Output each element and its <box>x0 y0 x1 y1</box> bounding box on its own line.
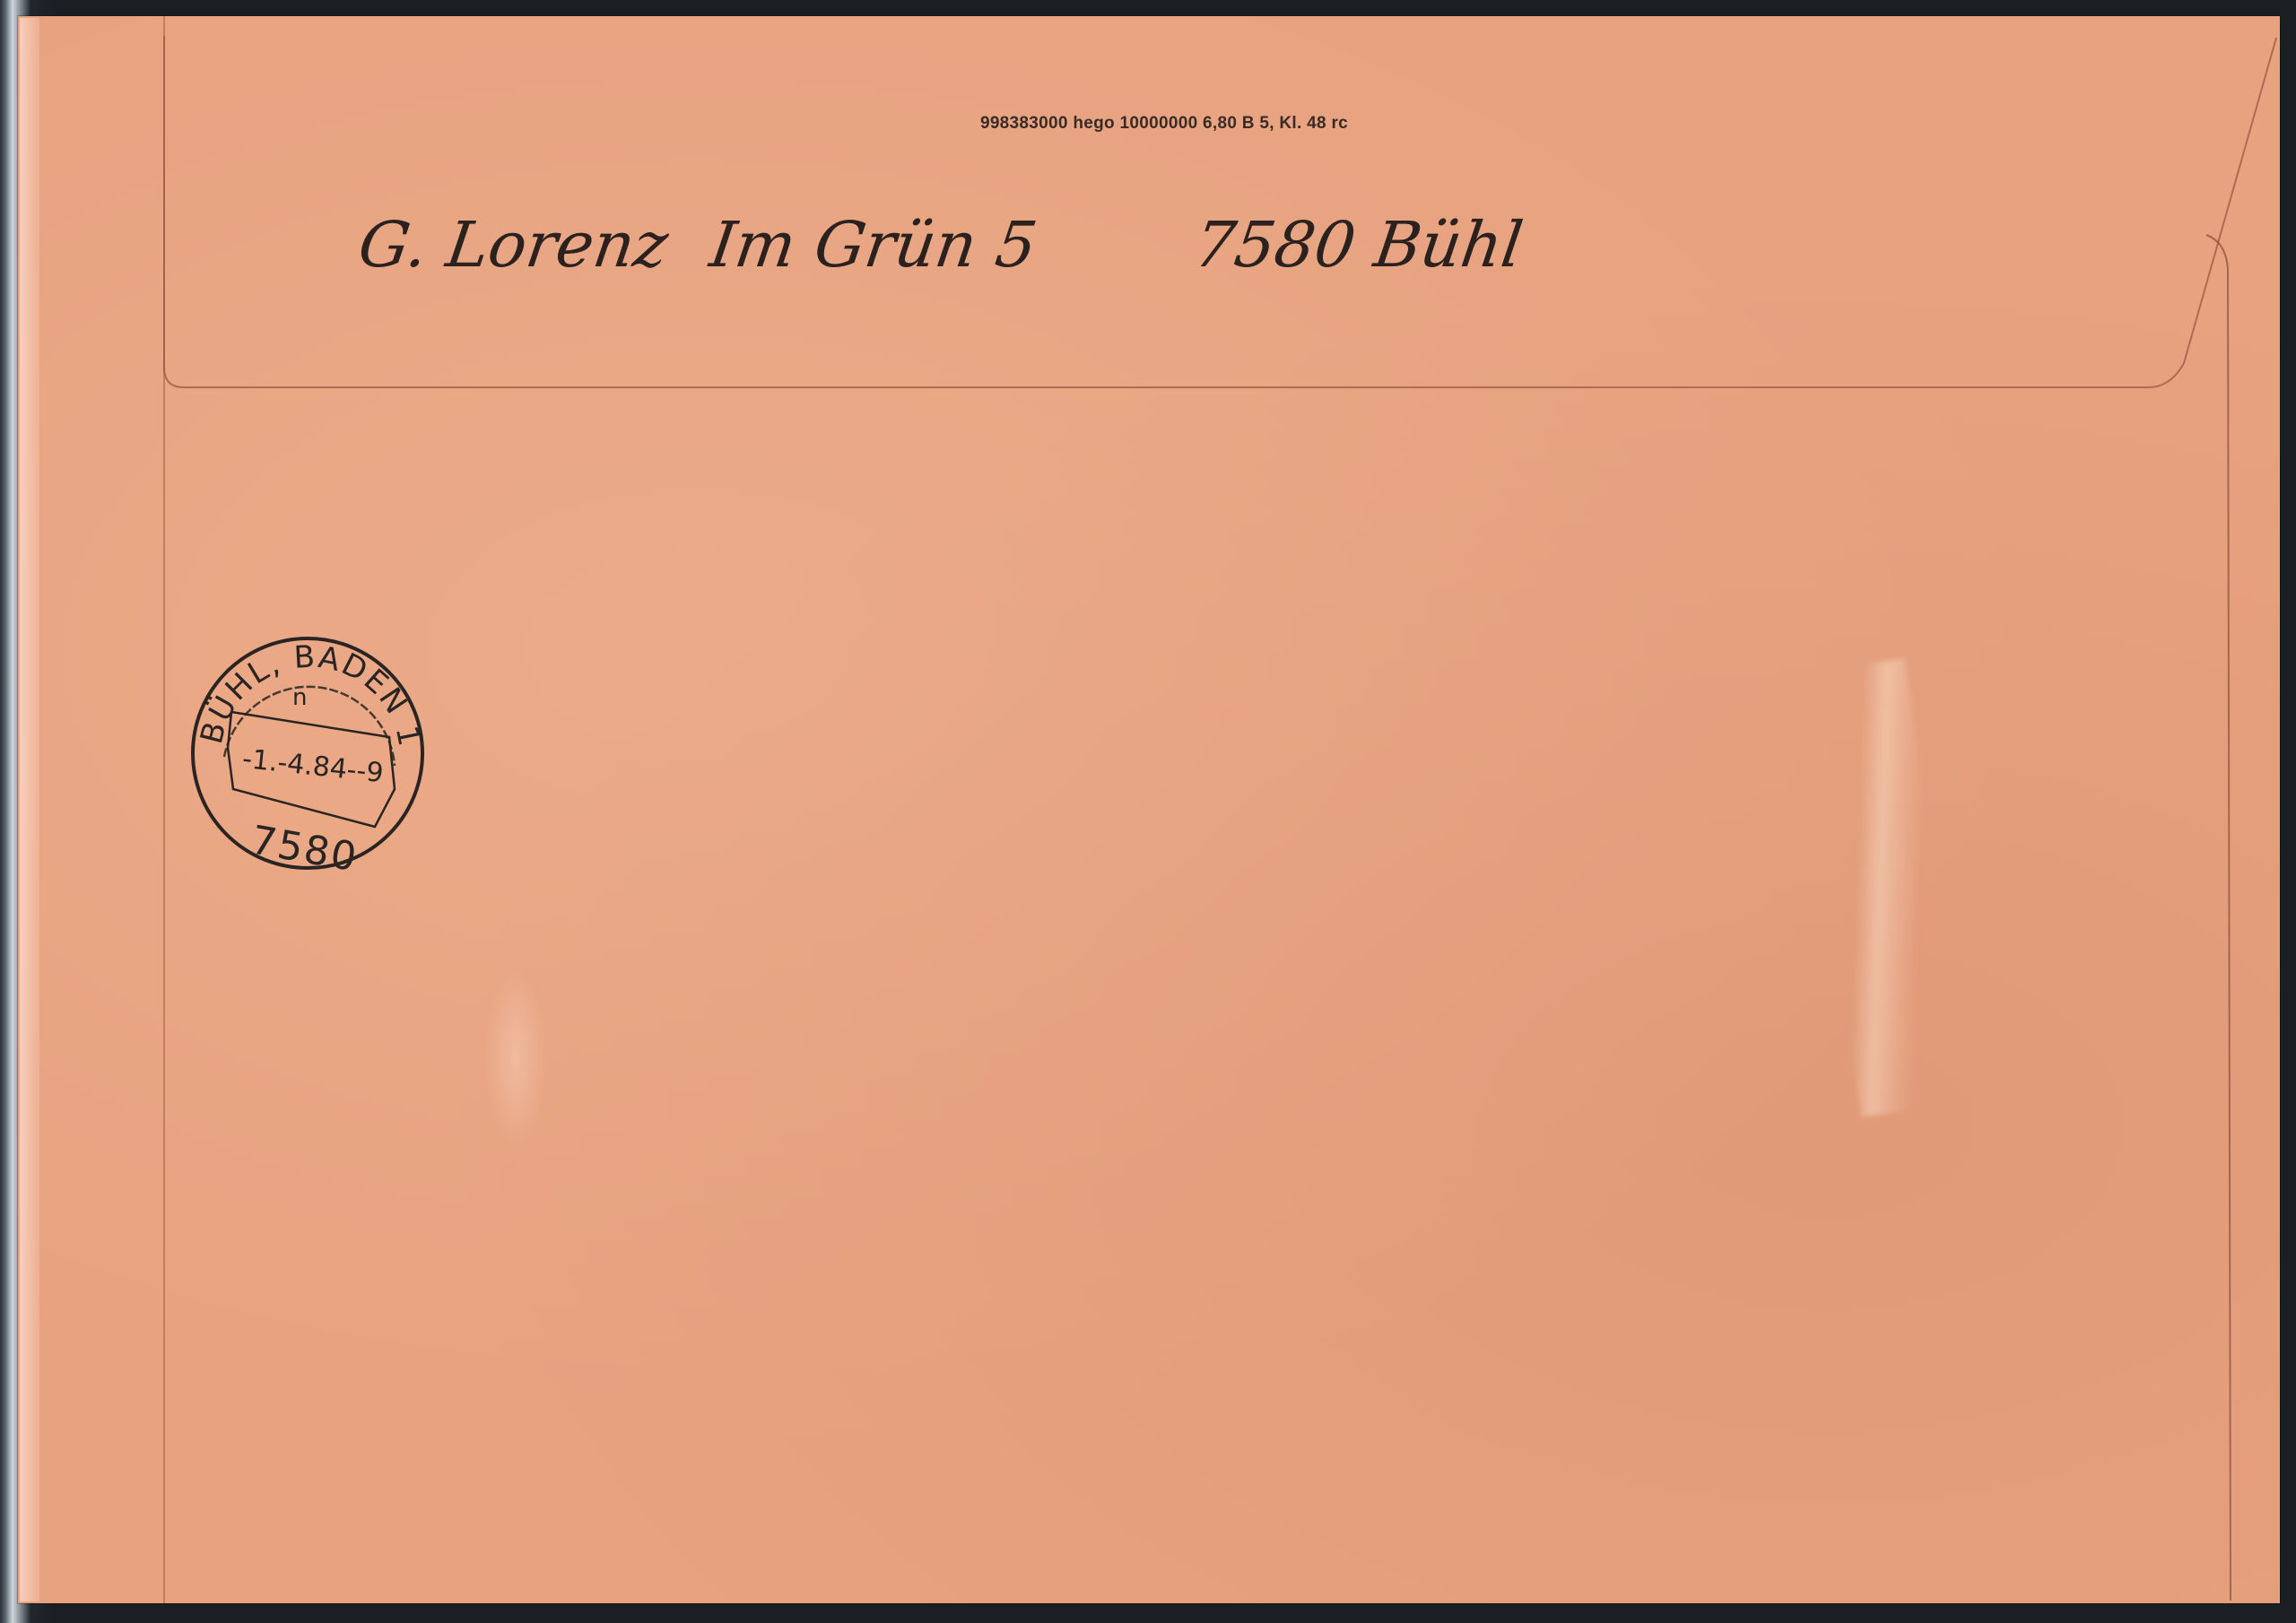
postmark-date: -1.-4.84--9 <box>241 743 386 789</box>
paper-stain <box>484 968 547 1148</box>
postmark-postal-code: 7580 <box>248 817 361 881</box>
sender-city: 7580 Bühl <box>1186 208 1527 316</box>
postmark-stamp: BÜHL, BADEN 1 n -1.-4.84--9 7580 <box>187 622 429 884</box>
printer-imprint: 998383000 hego 10000000 6,80 B 5, Kl. 48… <box>931 114 1397 134</box>
sender-street: Im Grün 5 <box>701 208 1041 316</box>
sender-name: G. Lorenz <box>350 208 673 316</box>
postmark-letter: n <box>292 684 307 711</box>
